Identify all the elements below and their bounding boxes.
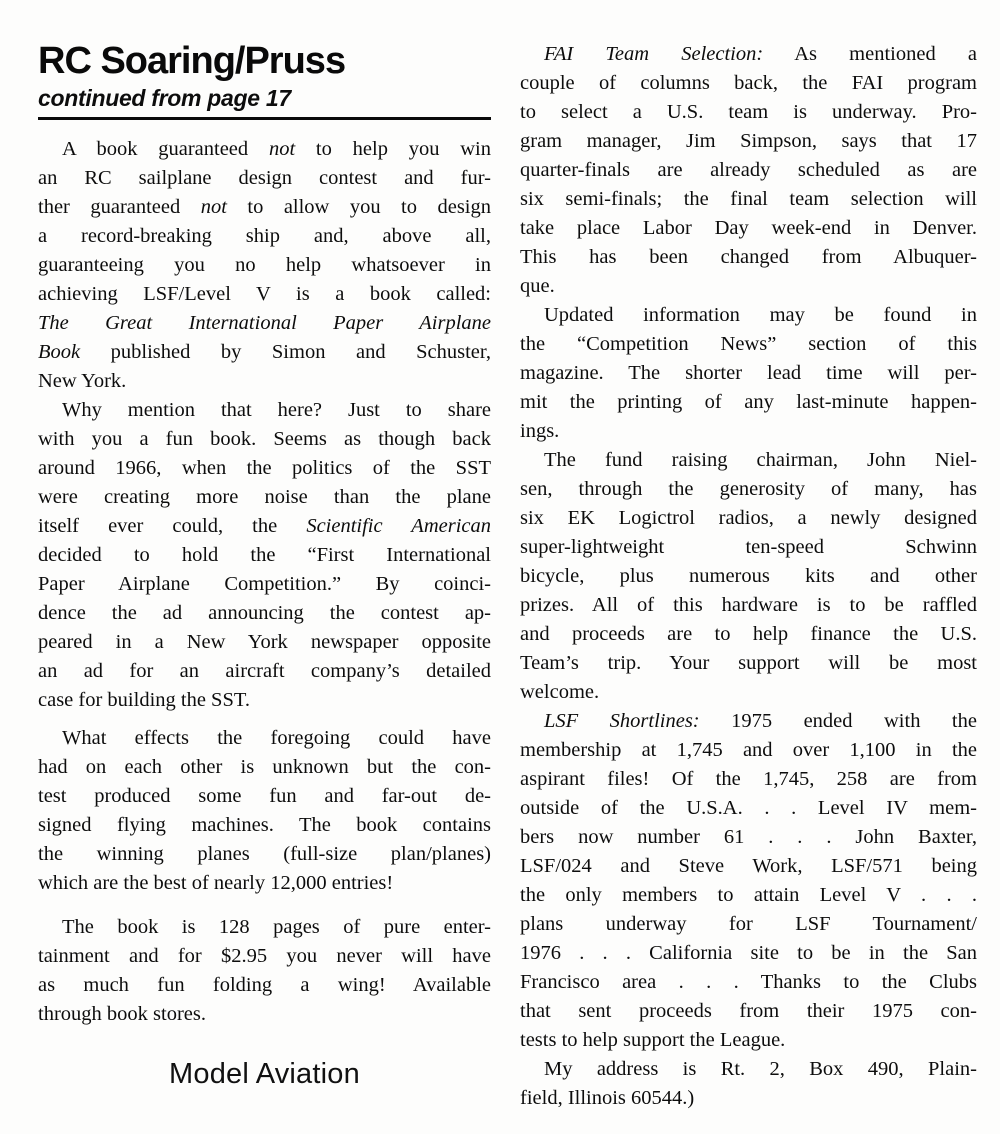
paragraph: What effects the foregoing could havehad… bbox=[38, 724, 491, 898]
column-title: RC Soaring/Pruss bbox=[38, 42, 491, 82]
text-line: gram manager, Jim Simpson, says that 17 bbox=[520, 127, 977, 156]
text-line: itself ever could, the Scientific Americ… bbox=[38, 512, 491, 541]
text-line: tainment and for $2.95 you never will ha… bbox=[38, 942, 491, 971]
paragraph: Updated information may be found inthe “… bbox=[520, 301, 977, 446]
paragraph: The fund raising chairman, John Niel-sen… bbox=[520, 446, 977, 707]
text-line: 1976 . . . California site to be in the … bbox=[520, 939, 977, 968]
magazine-name: Model Aviation bbox=[38, 1058, 491, 1091]
text-line: signed flying machines. The book contain… bbox=[38, 811, 491, 840]
text-line: an ad for an aircraft company’s detailed bbox=[38, 657, 491, 686]
text-line: as much fun folding a wing! Available bbox=[38, 971, 491, 1000]
text-line: LSF Shortlines: 1975 ended with the bbox=[520, 707, 977, 736]
text-line: Paper Airplane Competition.” By coinci- bbox=[38, 570, 491, 599]
text-line: bers now number 61 . . . John Baxter, bbox=[520, 823, 977, 852]
text-line: an RC sailplane design contest and fur- bbox=[38, 164, 491, 193]
text-line: Updated information may be found in bbox=[520, 301, 977, 330]
right-column-text: FAI Team Selection: As mentioned acouple… bbox=[520, 40, 977, 1113]
text-line: aspirant files! Of the 1,745, 258 are fr… bbox=[520, 765, 977, 794]
right-column: FAI Team Selection: As mentioned acouple… bbox=[520, 0, 977, 1113]
magazine-page: RC Soaring/Pruss continued from page 17 … bbox=[0, 0, 1000, 1134]
text-line: outside of the U.S.A. . . Level IV mem- bbox=[520, 794, 977, 823]
text-line: field, Illinois 60544.) bbox=[520, 1084, 977, 1113]
paragraph: A book guaranteed not to help you winan … bbox=[38, 135, 491, 396]
header-rule bbox=[38, 117, 491, 120]
text-line: The fund raising chairman, John Niel- bbox=[520, 446, 977, 475]
text-line: A book guaranteed not to help you win bbox=[38, 135, 491, 164]
text-line: decided to hold the “First International bbox=[38, 541, 491, 570]
text-line: The Great International Paper Airplane bbox=[38, 309, 491, 338]
text-line: with you a fun book. Seems as though bac… bbox=[38, 425, 491, 454]
text-line: the winning planes (full-size plan/plane… bbox=[38, 840, 491, 869]
text-line: were creating more noise than the plane bbox=[38, 483, 491, 512]
paragraph: My address is Rt. 2, Box 490, Plain-fiel… bbox=[520, 1055, 977, 1113]
text-line: My address is Rt. 2, Box 490, Plain- bbox=[520, 1055, 977, 1084]
text-line: ther guaranteed not to allow you to desi… bbox=[38, 193, 491, 222]
paragraph: Why mention that here? Just to sharewith… bbox=[38, 396, 491, 715]
text-line: quarter-finals are already scheduled as … bbox=[520, 156, 977, 185]
text-line: membership at 1,745 and over 1,100 in th… bbox=[520, 736, 977, 765]
text-line: welcome. bbox=[520, 678, 977, 707]
text-line: que. bbox=[520, 272, 977, 301]
text-line: guaranteeing you no help whatsoever in bbox=[38, 251, 491, 280]
text-line: which are the best of nearly 12,000 entr… bbox=[38, 869, 491, 898]
text-line: six EK Logictrol radios, a newly designe… bbox=[520, 504, 977, 533]
text-line: tests to help support the League. bbox=[520, 1026, 977, 1055]
paragraph: LSF Shortlines: 1975 ended with themembe… bbox=[520, 707, 977, 1055]
text-line: super-lightweight ten-speed Schwinn bbox=[520, 533, 977, 562]
text-line: the only members to attain Level V . . . bbox=[520, 881, 977, 910]
continued-from-note: continued from page 17 bbox=[38, 85, 491, 111]
text-line: plans underway for LSF Tournament/ bbox=[520, 910, 977, 939]
text-line: peared in a New York newspaper opposite bbox=[38, 628, 491, 657]
text-line: ings. bbox=[520, 417, 977, 446]
text-line: achieving LSF/Level V is a book called: bbox=[38, 280, 491, 309]
text-line: had on each other is unknown but the con… bbox=[38, 753, 491, 782]
text-line: prizes. All of this hardware is to be ra… bbox=[520, 591, 977, 620]
text-line: six semi-finals; the final team selectio… bbox=[520, 185, 977, 214]
text-line: Book published by Simon and Schuster, bbox=[38, 338, 491, 367]
text-line: What effects the foregoing could have bbox=[38, 724, 491, 753]
text-line: case for building the SST. bbox=[38, 686, 491, 715]
text-line: a record-breaking ship and, above all, bbox=[38, 222, 491, 251]
text-line: bicycle, plus numerous kits and other bbox=[520, 562, 977, 591]
paragraph: The book is 128 pages of pure enter-tain… bbox=[38, 913, 491, 1029]
text-line: to select a U.S. team is underway. Pro- bbox=[520, 98, 977, 127]
text-line: Why mention that here? Just to share bbox=[38, 396, 491, 425]
text-line: that sent proceeds from their 1975 con- bbox=[520, 997, 977, 1026]
text-line: This has been changed from Albuquer- bbox=[520, 243, 977, 272]
text-line: magazine. The shorter lead time will per… bbox=[520, 359, 977, 388]
text-line: around 1966, when the politics of the SS… bbox=[38, 454, 491, 483]
paragraph: FAI Team Selection: As mentioned acouple… bbox=[520, 40, 977, 301]
text-line: couple of columns back, the FAI program bbox=[520, 69, 977, 98]
text-line: test produced some fun and far-out de- bbox=[38, 782, 491, 811]
left-column: RC Soaring/Pruss continued from page 17 … bbox=[38, 0, 491, 1091]
text-line: sen, through the generosity of many, has bbox=[520, 475, 977, 504]
text-line: take place Labor Day week-end in Denver. bbox=[520, 214, 977, 243]
text-line: New York. bbox=[38, 367, 491, 396]
left-column-text: A book guaranteed not to help you winan … bbox=[38, 135, 491, 1029]
text-line: dence the ad announcing the contest ap- bbox=[38, 599, 491, 628]
text-line: FAI Team Selection: As mentioned a bbox=[520, 40, 977, 69]
text-line: and proceeds are to help finance the U.S… bbox=[520, 620, 977, 649]
text-line: mit the printing of any last-minute happ… bbox=[520, 388, 977, 417]
text-line: Francisco area . . . Thanks to the Clubs bbox=[520, 968, 977, 997]
text-line: LSF/024 and Steve Work, LSF/571 being bbox=[520, 852, 977, 881]
text-line: through book stores. bbox=[38, 1000, 491, 1029]
text-line: the “Competition News” section of this bbox=[520, 330, 977, 359]
text-line: The book is 128 pages of pure enter- bbox=[38, 913, 491, 942]
text-line: Team’s trip. Your support will be most bbox=[520, 649, 977, 678]
